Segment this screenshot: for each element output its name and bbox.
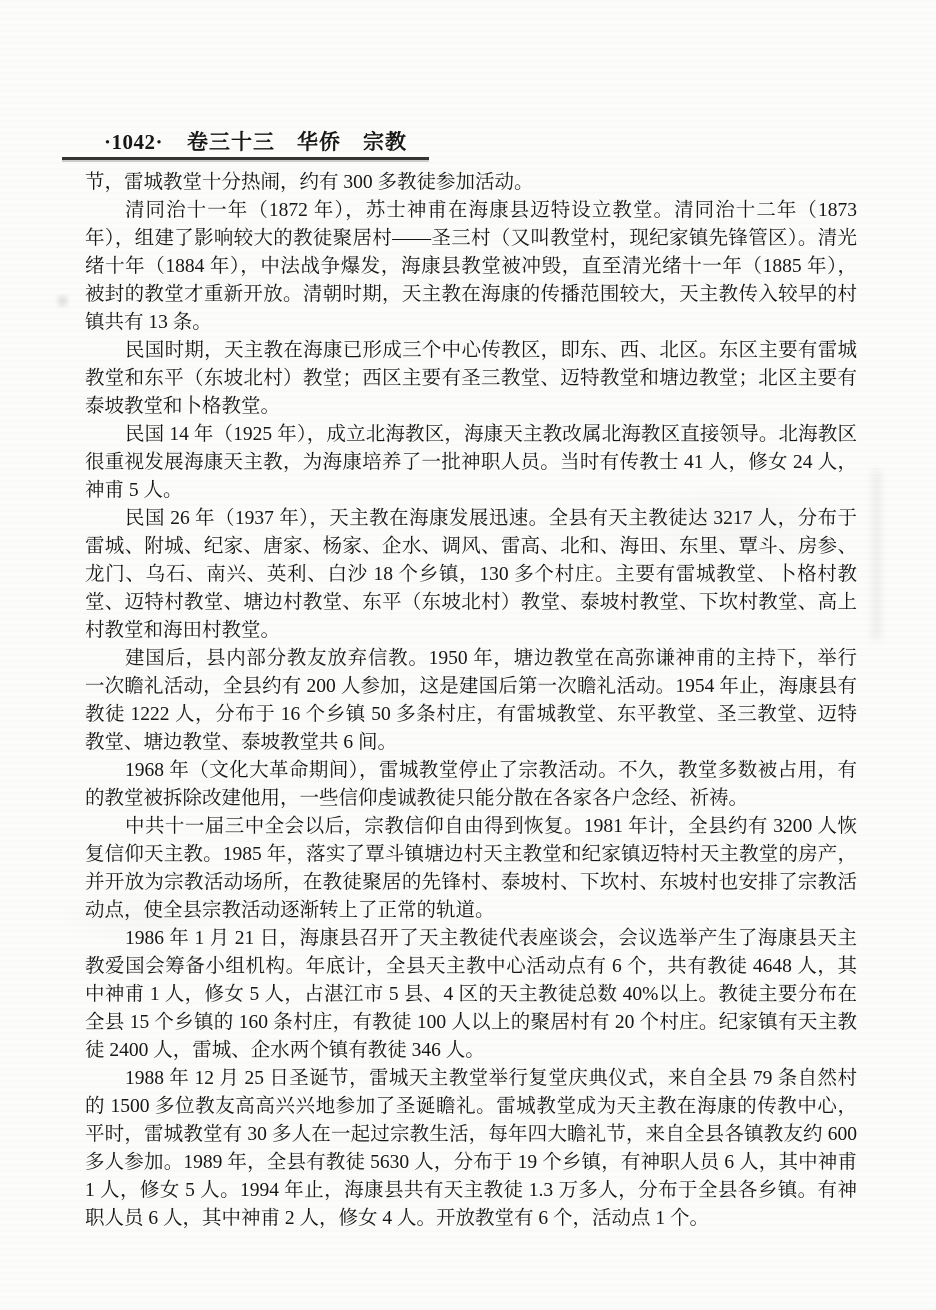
text-line: 镇共有 13 条。 [85,309,857,337]
text-line: 雷城、附城、纪家、唐家、杨家、企水、调风、雷高、北和、海田、东里、覃斗、房参、 [85,533,857,561]
chapter-title: 卷三十三 华侨 宗教 [187,126,407,156]
text-line: 年），组建了影响较大的教徒聚居村——圣三村（又叫教堂村，现纪家镇先锋管区）。清光 [85,225,857,253]
text-line: 被封的教堂才重新开放。清朝时期，天主教在海康的传播范围较大，天主教传入较早的村 [85,281,857,309]
header-rule [62,157,429,160]
text-line: 1968 年（文化大革命期间），雷城教堂停止了宗教活动。不久，教堂多数被占用，有 [85,757,857,785]
text-line: 平时，雷城教堂有 30 多人在一起过宗教生活，每年四大瞻礼节，来自全县各镇教友约… [85,1121,857,1149]
text-line: 中共十一届三中全会以后，宗教信仰自由得到恢复。1981 年计，全县约有 3200… [85,813,857,841]
text-line: 泰坡教堂和卜格教堂。 [85,393,857,421]
scan-smudge [872,470,881,640]
text-line: 1988 年 12 月 25 日圣诞节，雷城天主教堂举行复堂庆典仪式，来自全县 … [85,1065,857,1093]
text-line: 并开放为宗教活动场所，在教徒聚居的先锋村、泰坡村、下坎村、东坡村也安排了宗教活 [85,869,857,897]
text-line: 神甫 5 人。 [85,477,857,505]
text-line: 教堂和东平（东坡北村）教堂；西区主要有圣三教堂、迈特教堂和塘边教堂；北区主要有 [85,365,857,393]
scan-smudge [58,296,67,306]
page-body: 节，雷城教堂十分热闹，约有 300 多教徒参加活动。清同治十一年（1872 年）… [85,169,857,1233]
text-line: 建国后，县内部分教友放弃信教。1950 年，塘边教堂在高弥谦神甫的主持下，举行 [85,645,857,673]
page-number: ·1042· [104,130,163,155]
text-line: 多人参加。1989 年，全县有教徒 5630 人，分布于 19 个乡镇，有神职人… [85,1149,857,1177]
text-line: 节，雷城教堂十分热闹，约有 300 多教徒参加活动。 [85,169,857,197]
text-line: 很重视发展海康天主教，为海康培养了一批神职人员。当时有传教士 41 人，修女 2… [85,449,857,477]
text-line: 教堂、塘边教堂、泰坡教堂共 6 间。 [85,729,857,757]
text-line: 龙门、乌石、南兴、英利、白沙 18 个乡镇，130 多个村庄。主要有雷城教堂、卜… [85,561,857,589]
text-line: 1986 年 1 月 21 日，海康县召开了天主教徒代表座谈会，会议选举产生了海… [85,925,857,953]
text-line: 绪十年（1884 年），中法战争爆发，海康县教堂被冲毁，直至清光绪十一年（188… [85,253,857,281]
text-line: 动点，使全县宗教活动逐渐转上了正常的轨道。 [85,897,857,925]
text-line: 复信仰天主教。1985 年，落实了覃斗镇塘边村天主教堂和纪家镇迈特村天主教堂的房… [85,841,857,869]
text-line: 堂、迈特村教堂、塘边村教堂、东平（东坡北村）教堂、泰坡村教堂、下坎村教堂、高上 [85,589,857,617]
text-line: 清同治十一年（1872 年），苏士神甫在海康县迈特设立教堂。清同治十二年（187… [85,197,857,225]
text-line: 职人员 6 人，其中神甫 2 人，修女 4 人。开放教堂有 6 个，活动点 1 … [85,1205,857,1233]
page-header: ·1042· 卷三十三 华侨 宗教 [104,126,407,156]
text-line: 民国 14 年（1925 年），成立北海教区，海康天主教改属北海教区直接领导。北… [85,421,857,449]
text-line: 1 人，修女 5 人。1994 年止，海康县共有天主教徒 1.3 万多人，分布于… [85,1177,857,1205]
text-line: 的教堂被拆除改建他用，一些信仰虔诚教徒只能分散在各家各户念经、祈祷。 [85,785,857,813]
text-line: 的 1500 多位教友高高兴兴地参加了圣诞瞻礼。雷城教堂成为天主教在海康的传教中… [85,1093,857,1121]
book-page: ·1042· 卷三十三 华侨 宗教 节，雷城教堂十分热闹，约有 300 多教徒参… [0,0,936,1310]
text-line: 教徒 1222 人，分布于 16 个乡镇 50 多条村庄，有雷城教堂、东平教堂、… [85,701,857,729]
text-line: 徒 2400 人，雷城、企水两个镇有教徒 346 人。 [85,1037,857,1065]
text-line: 民国 26 年（1937 年），天主教在海康发展迅速。全县有天主教徒达 3217… [85,505,857,533]
text-line: 教爱国会筹备小组机构。年底计，全县天主教中心活动点有 6 个，共有教徒 4648… [85,953,857,981]
text-line: 民国时期，天主教在海康已形成三个中心传教区，即东、西、北区。东区主要有雷城 [85,337,857,365]
text-line: 一次瞻礼活动，全县约有 200 人参加，这是建国后第一次瞻礼活动。1954 年止… [85,673,857,701]
text-line: 全县 15 个乡镇的 160 条村庄，有教徒 100 人以上的聚居村有 20 个… [85,1009,857,1037]
text-line: 中神甫 1 人，修女 5 人，占湛江市 5 县、4 区的天主教徒总数 40%以上… [85,981,857,1009]
text-line: 村教堂和海田村教堂。 [85,617,857,645]
